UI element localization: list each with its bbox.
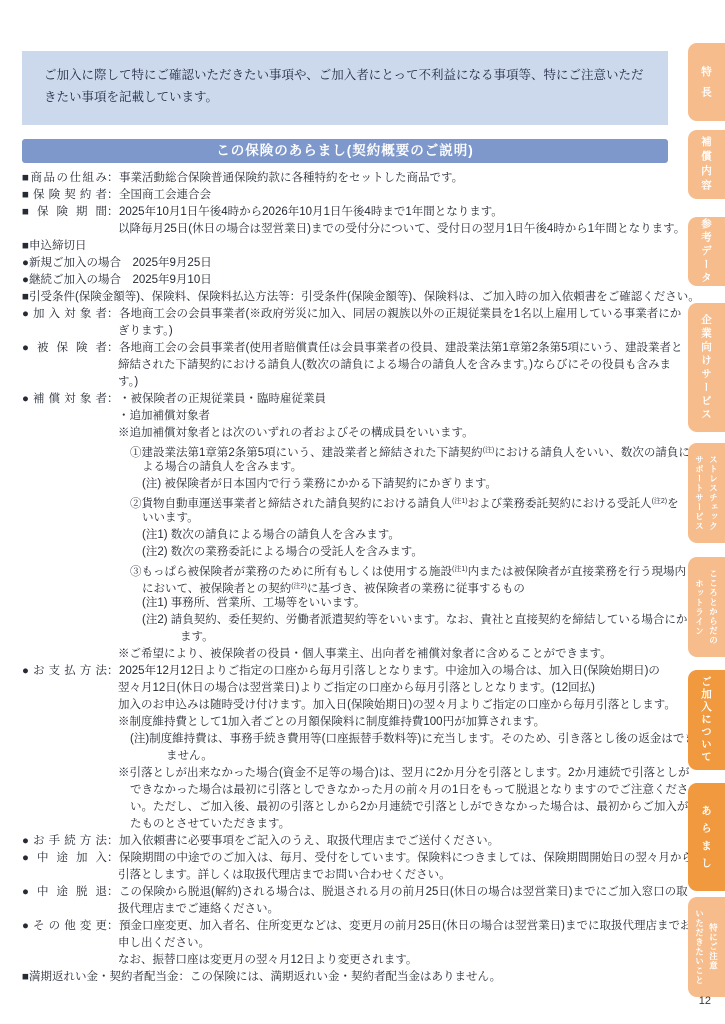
sidebar-tab-hosho-naiyo[interactable]: 補償内容 <box>688 130 725 199</box>
sidebar-tab-tokucho[interactable]: 特長 <box>688 43 725 121</box>
text-line: (注1) 数次の請負による場合の請負人を含みます。 <box>22 527 668 544</box>
text-line: ●被保険者：各地商工会の会員事業者(使用者賠償責任は会員事業者の役員、建設業法第… <box>22 340 668 357</box>
sidebar-tab-kokoro-to-karada-no-hotline[interactable]: こころとからだの ホットライン <box>688 557 725 657</box>
text-line: ③もっぱら被保険者が業務のために所有もしくは使用する施設(注1)内または被保険者… <box>22 561 668 578</box>
line-label: ■商品の仕組み <box>22 170 107 187</box>
text-line: 申し出ください。 <box>22 935 668 952</box>
text-line: い。ただし、ご加入後、最初の引落としから2か月連続で引落としができなかった場合は… <box>22 799 668 816</box>
text-line: 扱代理店までご連絡ください。 <box>22 901 668 918</box>
page-number: 12 <box>699 995 711 1007</box>
text-line: ●中途加入：保険期間の中途でのご加入は、毎月、受付をしています。保険料につきまし… <box>22 850 668 867</box>
section-header: この保険のあらまし(契約概要のご説明) <box>22 139 668 163</box>
line-label: ●中途加入 <box>22 850 107 867</box>
text-line: よる場合の請負人を含みます。 <box>22 459 668 476</box>
line-colon: ： <box>107 918 119 935</box>
sidebar-tab-stress-check-support-service[interactable]: ストレスチェック サポートサービス <box>688 443 725 543</box>
text-line: す。) <box>22 374 668 391</box>
sidebar-tab-aramashi[interactable]: あらまし <box>688 783 725 891</box>
line-label: ●お支払方法 <box>22 663 107 680</box>
text-line: ■商品の仕組み：事業活動総合保険普通保険約款に各種特約をセットした商品です。 <box>22 170 668 187</box>
line-label: ■保険契約者 <box>22 187 107 204</box>
section-header-title: この保険のあらまし(契約概要のご説明) <box>216 143 474 158</box>
text-line: (注) 被保険者が日本国内で行う業務にかかる下請契約にかぎります。 <box>22 476 668 493</box>
body-text: ■商品の仕組み：事業活動総合保険普通保険約款に各種特約をセットした商品です。■保… <box>22 170 668 986</box>
page: ご加入に際して特にご確認いただきたい事項や、ご加入者にとって不利益になる事項等、… <box>0 0 725 1024</box>
sidebar-tab-toku-ni-gochui-itadakitai-koto[interactable]: 特にご注意 いただきたいこと <box>688 897 725 997</box>
text-line: 加入のお申込みは随時受け付けます。加入日(保険始期日)の翌々月よりご指定の口座か… <box>22 697 668 714</box>
line-text: 2025年12月12日よりご指定の口座から毎月引落しとなります。中途加入の場合は… <box>119 665 660 677</box>
text-line: ぎります。) <box>22 323 668 340</box>
text-line: 翌々月12日(休日の場合は翌営業日)よりご指定の口座から毎月引落としとなります。… <box>22 680 668 697</box>
line-colon: ： <box>107 833 119 850</box>
sidebar-tab-kigyo-muke-service[interactable]: 企業向けサービス <box>688 303 725 432</box>
text-line: ます。 <box>22 629 668 646</box>
text-line: ません。 <box>22 748 668 765</box>
text-line: ■保険期間：2025年10月1日午後4時から2026年10月1日午後4時まで1年… <box>22 204 668 221</box>
text-line: たものとさせていただきます。 <box>22 816 668 833</box>
line-colon: ： <box>107 884 119 901</box>
line-text: 加入依頼書に必要事項をご記入のうえ、取扱代理店までご送付ください。 <box>119 835 499 847</box>
text-line: ●補償対象者：・被保険者の正規従業員・臨時雇従業員 <box>22 391 668 408</box>
notice-text: ご加入に際して特にご確認いただきたい事項や、ご加入者にとって不利益になる事項等、… <box>22 51 668 108</box>
text-line: できなかった場合は最初に引落としできなかった月の前々月の1日をもって脱退となりま… <box>22 782 668 799</box>
line-colon: ： <box>107 187 119 204</box>
text-line: ●お手続方法：加入依頼書に必要事項をご記入のうえ、取扱代理店までご送付ください。 <box>22 833 668 850</box>
line-text: 各地商工会の会員事業者(使用者賠償責任は会員事業者の役員、建設業法第1章第2条第… <box>119 342 683 354</box>
text-line: 締結された下請契約における請負人(数次の請負による場合の請負人を含みます。)なら… <box>22 357 668 374</box>
text-line: (注1) 事務所、営業所、工場等をいいます。 <box>22 595 668 612</box>
text-line: ●新規ご加入の場合 2025年9月25日 <box>22 255 668 272</box>
text-line: (注2) 数次の業務委託による場合の受託人を含みます。 <box>22 544 668 561</box>
text-line: (注2) 請負契約、委任契約、労働者派遣契約等をいいます。なお、貴社と直接契約を… <box>22 612 668 629</box>
text-line: ■満期返れい金・契約者配当金：この保険には、満期返れい金・契約者配当金はありませ… <box>22 969 668 986</box>
sidebar-tab-sanko-data[interactable]: 参考データ <box>688 217 725 286</box>
text-line: ※追加補償対象者とは次のいずれの者およびその構成員をいいます。 <box>22 425 668 442</box>
text-line: ●継続ご加入の場合 2025年9月10日 <box>22 272 668 289</box>
line-colon: ： <box>107 170 119 187</box>
text-line: ・追加補償対象者 <box>22 408 668 425</box>
line-text: 2025年10月1日午後4時から2026年10月1日午後4時まで1年間となります… <box>119 206 503 218</box>
text-line: において、被保険者との契約(注2)に基づき、被保険者の業務に従事するもの <box>22 578 668 595</box>
line-label: ●その他変更 <box>22 918 107 935</box>
text-line: ②貨物自動車運送事業者と締結された請負契約における請負人(注1)および業務委託契… <box>22 493 668 510</box>
line-label: ●お手続方法 <box>22 833 107 850</box>
notice-box: ご加入に際して特にご確認いただきたい事項や、ご加入者にとって不利益になる事項等、… <box>22 51 668 125</box>
line-text: 預金口座変更、加入者名、住所変更などは、変更月の前月25日(休日の場合は翌営業日… <box>119 920 691 932</box>
line-colon: ： <box>107 306 119 323</box>
text-line: ●その他変更：預金口座変更、加入者名、住所変更などは、変更月の前月25日(休日の… <box>22 918 668 935</box>
line-label: ●加入対象者 <box>22 306 107 323</box>
line-colon: ： <box>107 663 119 680</box>
text-line: ■保険契約者：全国商工会連合会 <box>22 187 668 204</box>
line-text: この保険から脱退(解約)される場合は、脱退される月の前月25日(休日の場合は翌営… <box>119 886 688 898</box>
line-label: ●補償対象者 <box>22 391 107 408</box>
text-line: いいます。 <box>22 510 668 527</box>
text-line: ●中途脱退：この保険から脱退(解約)される場合は、脱退される月の前月25日(休日… <box>22 884 668 901</box>
line-label: ■保険期間 <box>22 204 107 221</box>
text-line: なお、振替口座は変更月の翌々月12日より変更されます。 <box>22 952 668 969</box>
text-line: 引落とします。詳しくは取扱代理店までお問い合わせください。 <box>22 867 668 884</box>
line-colon: ： <box>107 391 119 408</box>
line-text: ・被保険者の正規従業員・臨時雇従業員 <box>119 393 326 405</box>
text-line: (注)制度維持費は、事務手続き費用等(口座振替手数料等)に充当します。そのため、… <box>22 731 668 748</box>
line-text: 各地商工会の会員事業者(※政府労災に加入、同居の親族以外の正規従業員を1名以上雇… <box>119 308 681 320</box>
line-text: 保険期間の中途でのご加入は、毎月、受付をしています。保険料につきましては、保険期… <box>119 852 716 864</box>
text-line: ●お支払方法：2025年12月12日よりご指定の口座から毎月引落しとなります。中… <box>22 663 668 680</box>
line-colon: ： <box>107 340 119 357</box>
text-line: 以降毎月25日(休日の場合は翌営業日)までの受付分について、受付日の翌月1日午後… <box>22 221 668 238</box>
text-line: ①建設業法第1章第2条第5項にいう、建設業者と締結された下請契約(注)における請… <box>22 442 668 459</box>
line-label: ●被保険者 <box>22 340 107 357</box>
line-colon: ： <box>107 204 119 221</box>
line-colon: ： <box>107 850 119 867</box>
text-line: ※制度維持費として1加入者ごとの月額保険料に制度維持費100円が加算されます。 <box>22 714 668 731</box>
line-text: 事業活動総合保険普通保険約款に各種特約をセットした商品です。 <box>119 172 463 184</box>
text-line: ※ご希望により、被保険者の役員・個人事業主、出向者を補償対象者に含めることができ… <box>22 646 668 663</box>
line-text: 全国商工会連合会 <box>119 189 211 201</box>
line-label: ●中途脱退 <box>22 884 107 901</box>
text-line: ■申込締切日 <box>22 238 668 255</box>
text-line: ■引受条件(保険金額等)、保険料、保険料払込方法等：引受条件(保険金額等)、保険… <box>22 289 668 306</box>
sidebar-tab-gokanyu-ni-tsuite[interactable]: ご加入について <box>688 670 725 770</box>
text-line: ※引落としが出来なかった場合(資金不足等の場合)は、翌月に2か月分を引落とします… <box>22 765 668 782</box>
text-line: ●加入対象者：各地商工会の会員事業者(※政府労災に加入、同居の親族以外の正規従業… <box>22 306 668 323</box>
